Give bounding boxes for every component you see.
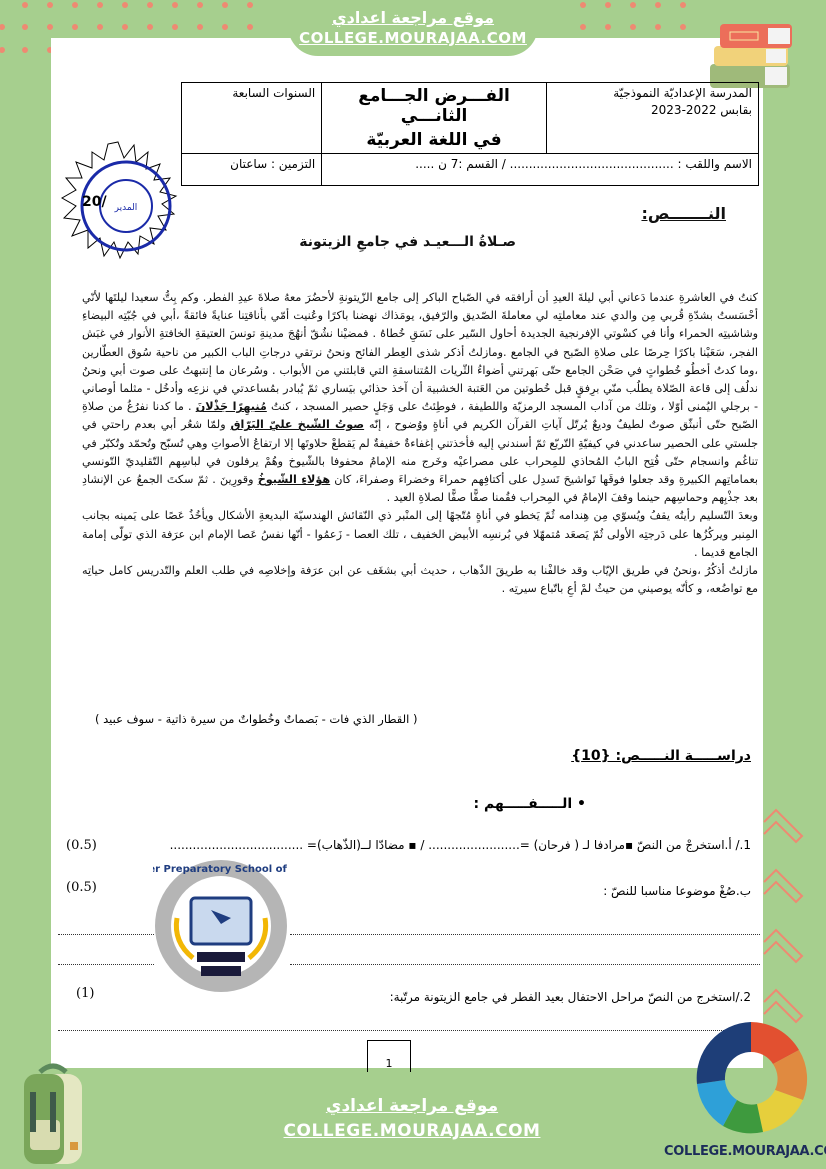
question-1b: ب.صُغْ موضوعا مناسبا للنصّ :	[603, 884, 751, 898]
brand-url[interactable]: COLLEGE.MOURAJAA.COM	[664, 1144, 826, 1159]
exam-title: الفـــرض الجـــامع الثانـــي	[328, 86, 540, 126]
school-cell: المدرسة الإعداديّة النموذجيّة بقابس 2022…	[546, 83, 758, 154]
answer-line[interactable]	[58, 964, 154, 965]
comprehension-heading: • الـــــفـــــهم :	[474, 796, 587, 812]
top-watermark[interactable]: موقع مراجعة اعدادي COLLEGE.MOURAJAA.COM	[288, 0, 538, 56]
seal-text: المدير	[114, 203, 138, 213]
question-2: 2./استخرج من النصّ مراحل الاحتفال بعيد ا…	[390, 990, 751, 1004]
answer-line[interactable]	[290, 934, 760, 935]
answer-line[interactable]	[58, 1030, 760, 1031]
study-heading: دراســـــة النـــــص: {10}	[571, 748, 751, 764]
level-cell: السنوات السابعة	[182, 83, 322, 154]
exam-title-cell: الفـــرض الجـــامع الثانـــي في اللغة ال…	[322, 83, 547, 154]
name-field[interactable]: الاسم واللقب : .........................…	[510, 157, 752, 171]
chevron-decoration-icon	[762, 850, 820, 908]
class-field[interactable]: / القسم :7 ن .....	[415, 157, 506, 171]
backpack-icon	[18, 1062, 88, 1167]
chevron-decoration-icon	[762, 790, 820, 848]
official-seal-stamp-icon: المدير	[58, 140, 178, 260]
answer-line[interactable]	[290, 964, 760, 965]
school-name: المدرسة الإعداديّة النموذجيّة	[553, 86, 752, 100]
books-illustration-icon	[700, 12, 800, 92]
school-logo-icon: Pioneer Preparatory School of Gabes	[153, 858, 289, 994]
logo-ring-text: Pioneer Preparatory School of Gabes	[153, 864, 289, 875]
text-source: ( القطار الذي فات - بَصماتٌ وخُطواتٌ من …	[95, 712, 417, 726]
watermark-url[interactable]: COLLEGE.MOURAJAA.COM	[288, 28, 538, 48]
points-1b: (0.5)	[66, 880, 97, 895]
bottom-watermark[interactable]: موقع مراجعة اعدادي COLLEGE.MOURAJAA.COM	[263, 1072, 561, 1169]
underlined-phrase: مُنبهِرًا جَذْلانَ	[196, 400, 267, 413]
watermark-arabic: موقع مراجعة اعدادي	[263, 1094, 561, 1118]
paragraph: كنتُ في العاشرةِ عندما دَعاني أبي ليلةَ …	[82, 289, 758, 507]
text-heading: النـــــــص:	[641, 204, 726, 223]
school-city-year: بقابس 2022-2023	[553, 103, 752, 117]
underlined-phrase: صوتُ الشّيخ عليّ البَرّاق	[230, 418, 364, 431]
points-2: (1)	[76, 986, 94, 1001]
level: السنوات السابعة	[188, 86, 315, 100]
page-number: 1	[367, 1040, 411, 1073]
total-score: 20/	[82, 194, 107, 210]
exam-header-table: المدرسة الإعداديّة النموذجيّة بقابس 2022…	[181, 82, 759, 186]
underlined-phrase: هؤلاءِ الشّيوخُ	[258, 473, 330, 486]
question-1a: 1./ أ.استخرجْ من النصّ ▪مرادفا لـ ( فرحا…	[170, 838, 751, 852]
points-1a: (0.5)	[66, 838, 97, 853]
student-info-cell: الاسم واللقب : .........................…	[322, 154, 759, 186]
passage-body: كنتُ في العاشرةِ عندما دَعاني أبي ليلةَ …	[82, 289, 758, 598]
watermark-arabic: موقع مراجعة اعدادي	[288, 8, 538, 28]
text-title: صـلاةُ الـــعيـد في جامعِ الزيتونة	[299, 234, 516, 250]
answer-line[interactable]	[58, 934, 154, 935]
paragraph: مازلتُ أذكُرُ ،ونحنُ في طريق الإيّاب وقد…	[82, 562, 758, 598]
subjects-wheel-icon	[693, 1020, 809, 1136]
watermark-url[interactable]: COLLEGE.MOURAJAA.COM	[263, 1118, 561, 1144]
chevron-decoration-icon	[762, 910, 820, 968]
exam-subject: في اللغة العربيّة	[328, 130, 540, 150]
duration: التزمين : ساعتان	[230, 157, 315, 171]
paragraph: وبعدَ التّسليم رأيتُه يقفُ ويُسوّي مِن ه…	[82, 507, 758, 562]
duration-cell: التزمين : ساعتان	[182, 154, 322, 186]
